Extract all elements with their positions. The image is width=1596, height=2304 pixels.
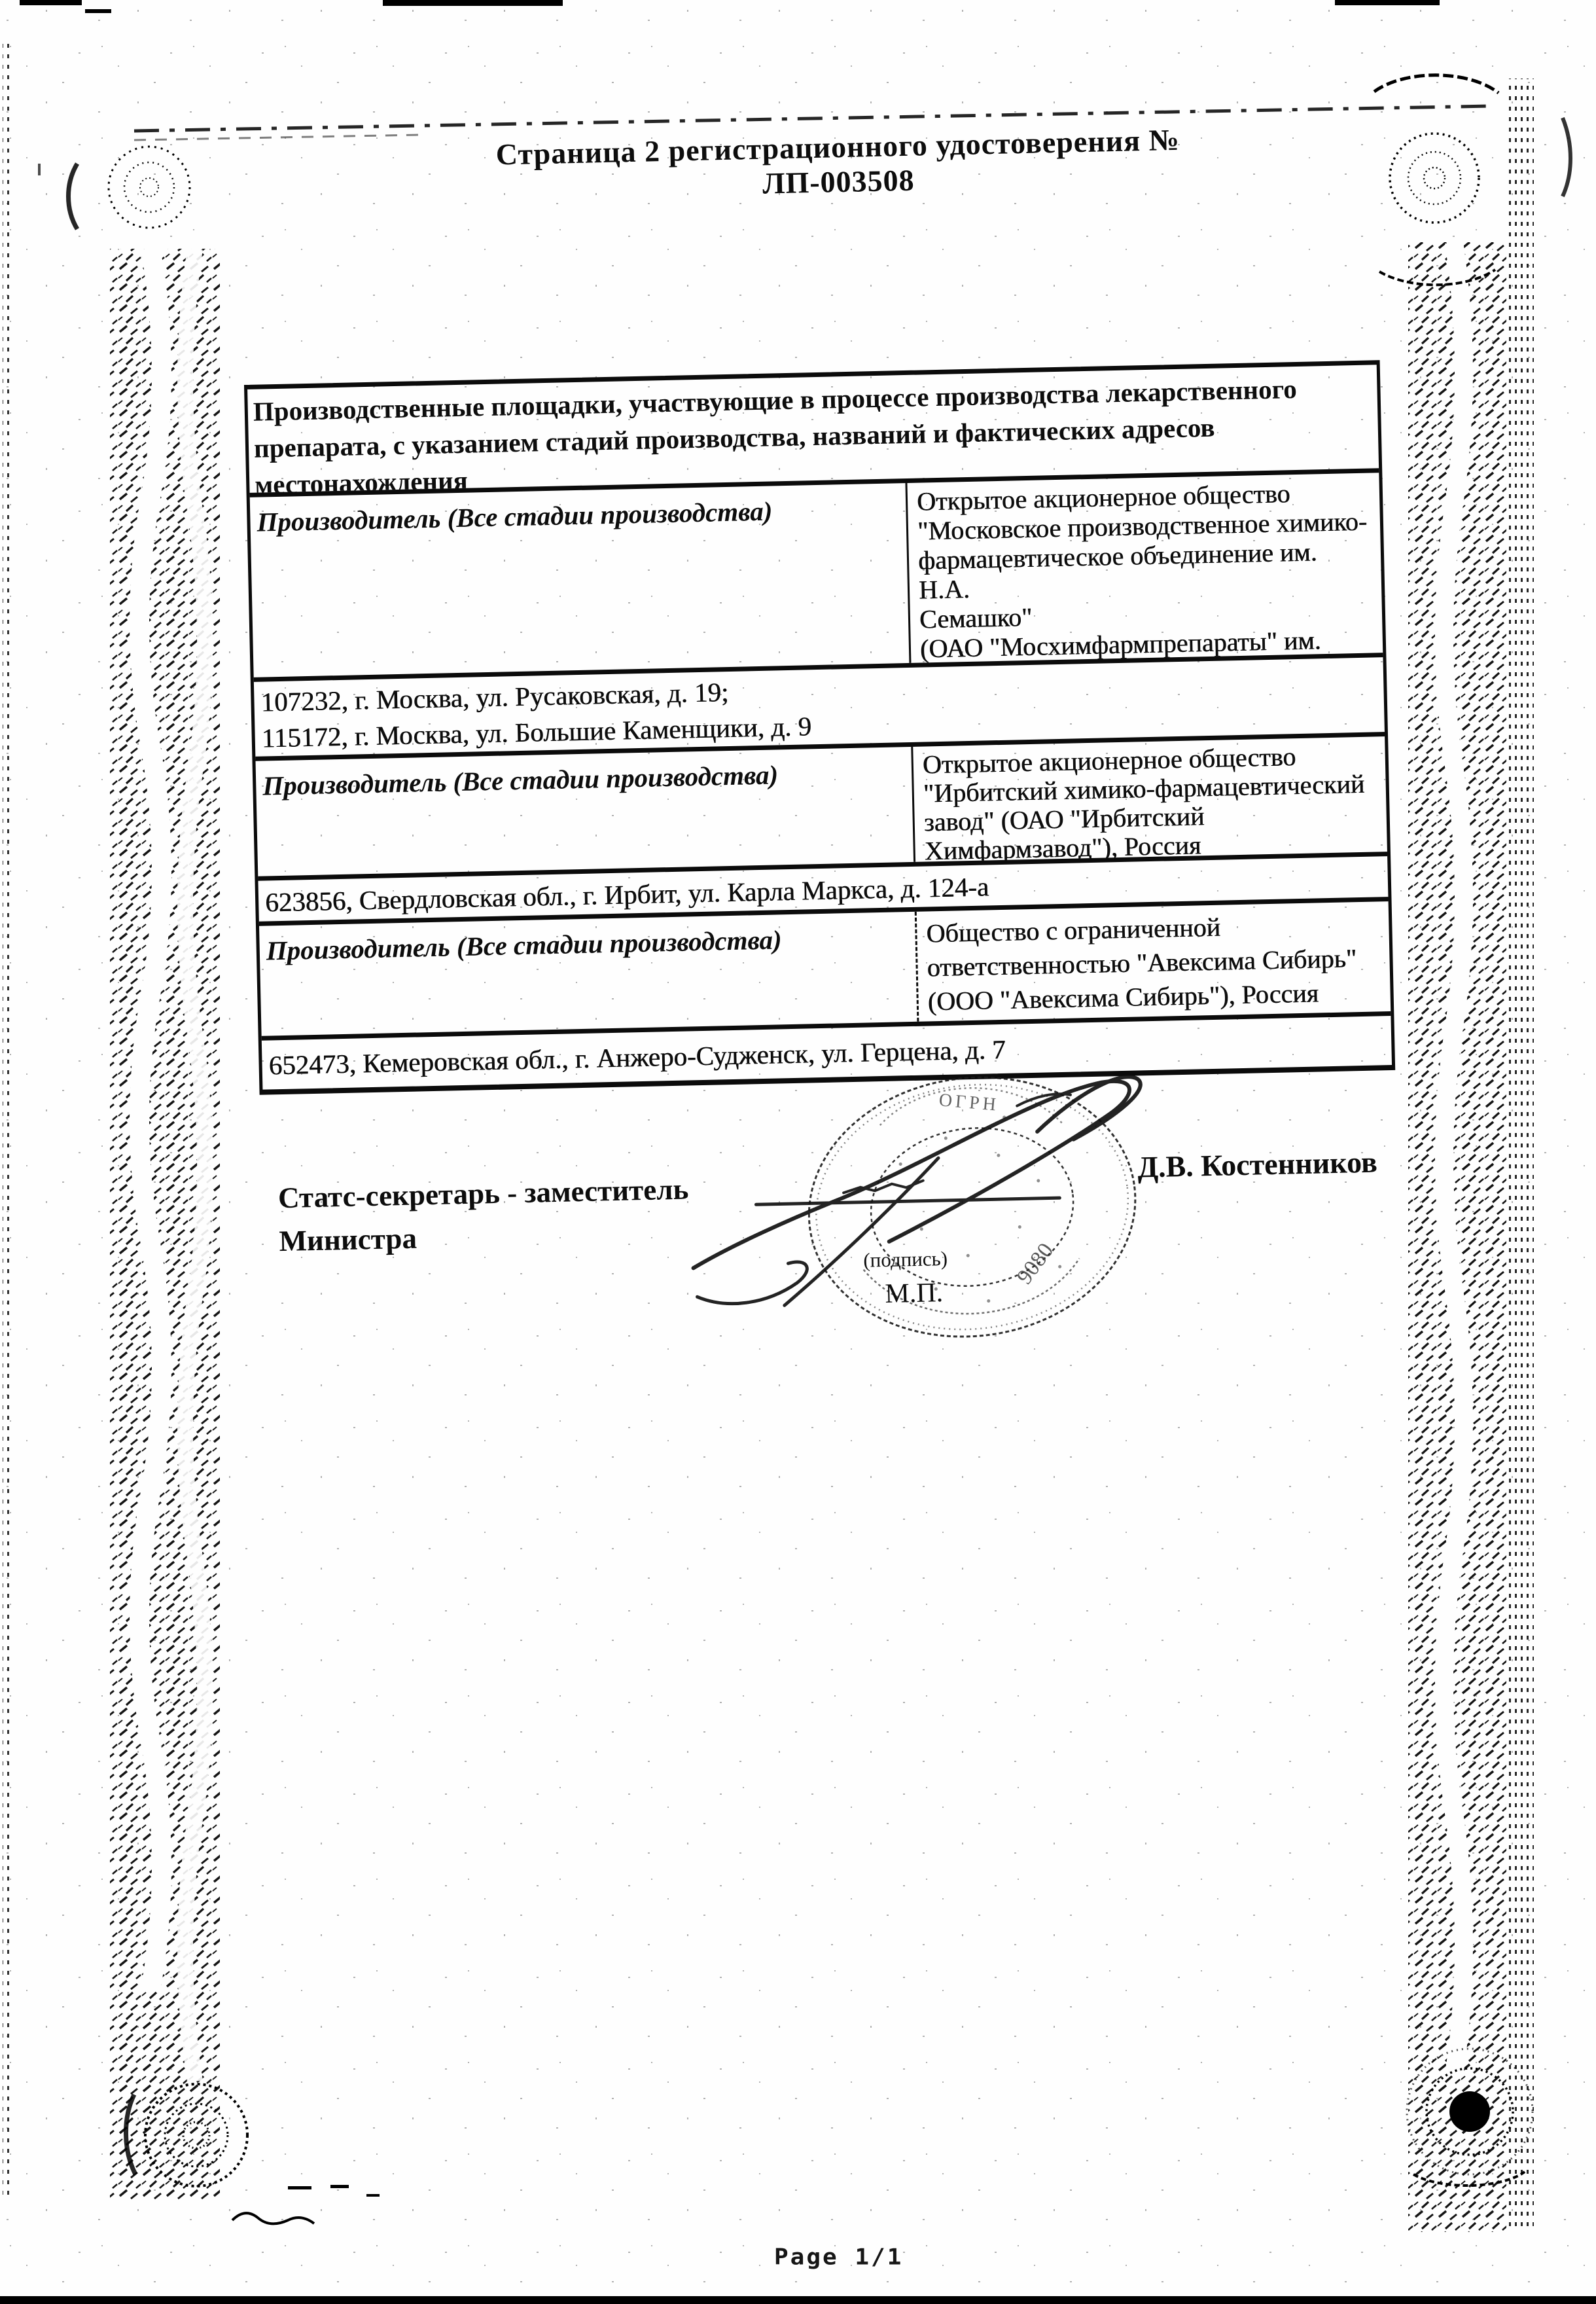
producer-label: Производитель (Все стадии производства) [255,747,915,876]
signatory-name: Д.В. Костенников [1137,1145,1378,1185]
producer-company: Общество с ограниченной ответственностью… [917,901,1391,1022]
page-number-footer: Page 1/1 [774,2244,903,2270]
production-sites-table: Производственные площадки, участвующие в… [244,360,1395,1095]
signature-scribble [689,1077,1144,1308]
signature-line [756,1198,1059,1204]
scanned-content: Страница 2 регистрационного удостоверени… [0,0,1596,2304]
signatory-role: Статс-секретарь - заместитель Министра [277,1168,690,1263]
producer-company: Открытое акционерное общество "Ирбитский… [913,736,1387,862]
page-title: Страница 2 регистрационного удостоверени… [432,121,1245,208]
seal-place-mark: М.П. [885,1277,944,1310]
table-row: Производитель (Все стадии производства) … [250,468,1383,677]
table-row: Производитель (Все стадии производства) … [255,732,1387,876]
signature-caption: (подпись) [863,1247,948,1272]
official-stamp: ОГРН 9080 [793,1058,1152,1356]
producer-company: Открытое акционерное общество "Московско… [907,473,1383,663]
stamp-number-text: 9080 [1012,1238,1058,1289]
document-page: Страница 2 регистрационного удостоверени… [0,0,1596,2304]
producer-label: Производитель (Все стадии производства) [259,912,919,1036]
stamp-ogrn-text: ОГРН [938,1090,1000,1115]
producer-label: Производитель (Все стадии производства) [250,483,912,677]
